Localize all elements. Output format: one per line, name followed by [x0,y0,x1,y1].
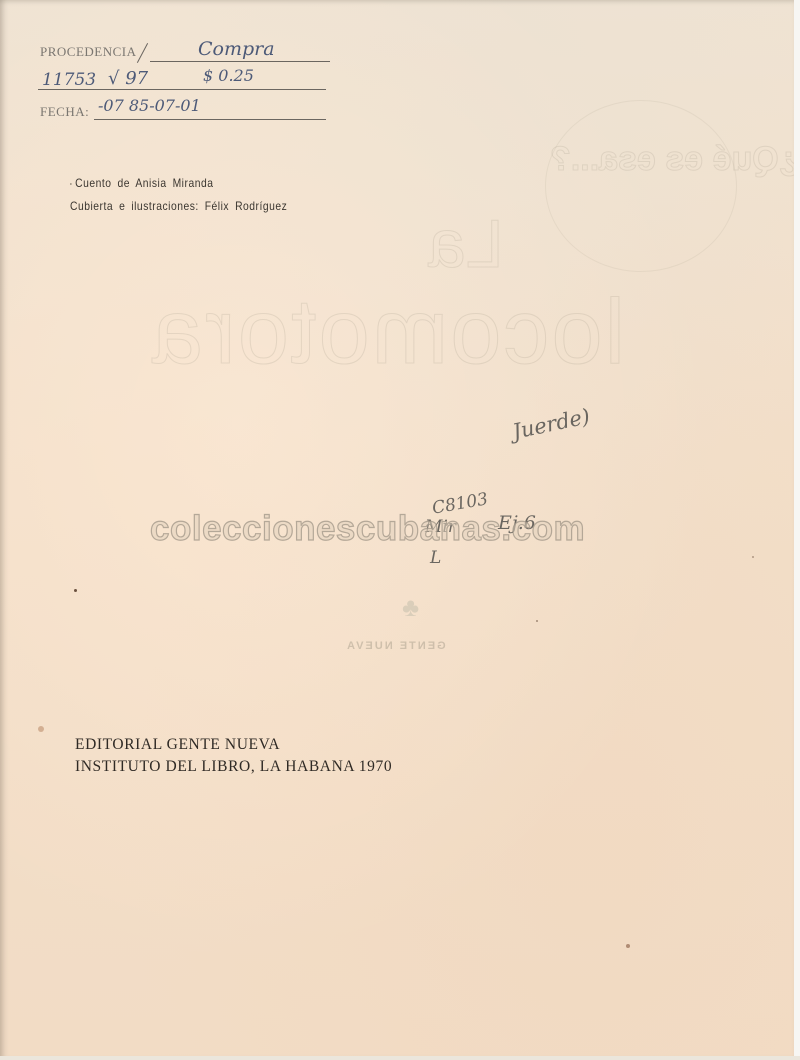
document-page: ¿Qué es esa...? La locomotora ♣ GENTE NU… [0,0,794,1058]
bullet-mark [70,183,72,185]
bleed-through-article: La [428,205,504,283]
procedencia-value: Compra [198,38,275,60]
scan-edge-right [794,0,800,1060]
stain-spot [626,944,630,948]
fecha-label: FECHA: [40,104,89,120]
author-credit: Cuento de Anisia Miranda [70,172,287,195]
stain-spot [38,726,44,732]
call-number-line3: L [430,548,441,568]
price-value: $ 0.25 [203,66,254,85]
fecha-value: -07 85-07-01 [98,96,201,115]
publisher-name: EDITORIAL GENTE NUEVA [75,734,392,756]
stamp-row-numbers: 11753 √ 97 $ 0.25 [38,72,338,94]
bleed-through-circle [545,100,737,272]
publisher-block: EDITORIAL GENTE NUEVA INSTITUTO DEL LIBR… [75,734,392,778]
accession-number: 11753 [42,70,96,90]
stamp-row-procedencia: PROCEDENCIA Compra [38,44,338,66]
watermark: coleccionescubanas.com [150,509,585,549]
acquisition-stamp: PROCEDENCIA Compra 11753 √ 97 $ 0.25 FEC… [38,36,338,126]
fecha-line [94,119,326,120]
bleed-through-publisher: GENTE NUEVA [345,640,446,652]
ink-speck [74,589,77,592]
stamp-row-fecha: FECHA: -07 85-07-01 [38,102,338,124]
bleed-through-logo-icon: ♣ [402,592,419,623]
illustration-credit: Cubierta e ilustraciones: Félix Rodrígue… [70,195,287,218]
credits-block: Cuento de Anisia Miranda Cubierta e ilus… [70,172,287,218]
check-number: √ 97 [108,68,148,89]
procedencia-label: PROCEDENCIA [40,44,137,60]
bleed-through-title: locomotora [150,280,625,385]
ink-speck [752,556,754,558]
check-stroke [137,43,148,63]
author-credit-text: Cuento de Anisia Miranda [75,176,213,190]
procedencia-line [150,61,330,62]
scan-edge-bottom [0,1056,800,1060]
publisher-imprint: INSTITUTO DEL LIBRO, LA HABANA 1970 [75,756,392,778]
pencil-note: Juerde) [510,404,592,444]
ink-speck [536,620,538,622]
